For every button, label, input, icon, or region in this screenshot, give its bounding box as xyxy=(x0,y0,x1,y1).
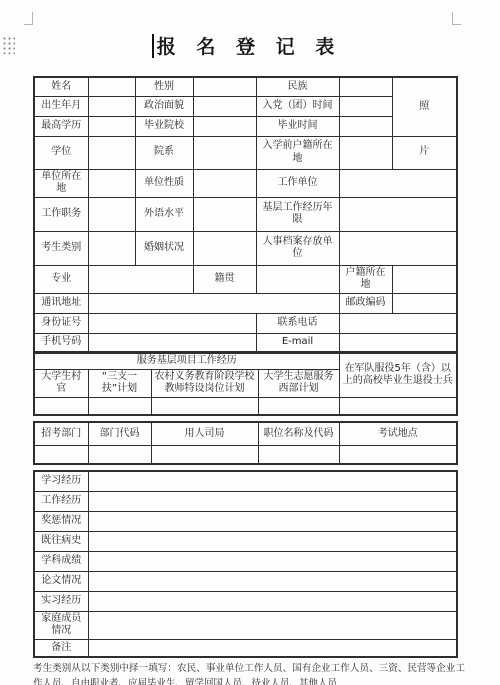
input-cell-gender[interactable] xyxy=(193,77,256,96)
input-cell-exam-location[interactable] xyxy=(339,445,457,464)
input-cell-employer-location[interactable] xyxy=(88,169,135,197)
label-job-position: 工作职务 xyxy=(34,197,88,231)
label-political-status: 政治面貌 xyxy=(135,96,193,116)
label-rural-teacher-plan: 农村义务教育阶段学校教师特设岗位计划 xyxy=(151,369,258,397)
input-cell-mailing-address[interactable] xyxy=(88,293,339,313)
input-cell-email[interactable] xyxy=(339,333,457,352)
label-exam-location: 考试地点 xyxy=(339,422,457,445)
label-graduation-time: 毕业时间 xyxy=(256,116,339,136)
label-grassroots-work-years: 基层工作经历年限 xyxy=(256,197,339,231)
label-marital-status: 婚姻状况 xyxy=(135,231,193,265)
label-mobile-number: 手机号码 xyxy=(34,333,88,352)
input-cell-recruit-department[interactable] xyxy=(34,445,88,464)
input-cell-party-join-time[interactable] xyxy=(339,96,392,116)
input-cell-id-number[interactable] xyxy=(88,313,256,333)
label-work-experience: 工作经历 xyxy=(34,491,88,511)
label-recruit-department: 招考部门 xyxy=(34,422,88,445)
label-foreign-language: 外语水平 xyxy=(135,197,193,231)
input-cell-degree[interactable] xyxy=(88,136,135,169)
input-cell-sanzhiyifu-plan[interactable] xyxy=(88,397,151,415)
label-graduate-school: 毕业院校 xyxy=(135,116,193,136)
label-department-code: 部门代码 xyxy=(88,422,151,445)
label-internship-experience: 实习经历 xyxy=(34,591,88,611)
input-cell-position-name-code[interactable] xyxy=(258,445,339,464)
photo-cell-bottom: 片 xyxy=(392,136,457,169)
label-study-experience: 学习经历 xyxy=(34,471,88,491)
label-employer-location: 单位所在地 xyxy=(34,169,88,197)
label-id-number: 身份证号 xyxy=(34,313,88,333)
page-title: 报 名 登 记 表 xyxy=(157,32,341,59)
input-cell-west-volunteer-plan[interactable] xyxy=(258,397,339,415)
label-candidate-category: 考生类别 xyxy=(34,231,88,265)
form-body: 姓名 性别 民族 照 出生年月 政治面貌 入党（团）时间 最高学历 毕业院校 xyxy=(33,76,460,685)
recruitment-table: 招考部门 部门代码 用人司局 职位名称及代码 考试地点 xyxy=(33,421,458,465)
label-email: E-mail xyxy=(256,333,339,352)
input-cell-grassroots-work-years[interactable] xyxy=(339,197,457,231)
input-cell-foreign-language[interactable] xyxy=(193,197,256,231)
label-west-volunteer-plan: 大学生志愿服务西部计划 xyxy=(258,369,339,397)
input-cell-work-experience[interactable] xyxy=(88,491,457,511)
input-cell-political-status[interactable] xyxy=(193,96,256,116)
label-remarks: 备注 xyxy=(34,639,88,657)
input-cell-candidate-category[interactable] xyxy=(88,231,135,265)
label-gender: 性别 xyxy=(135,77,193,96)
page-margin-mark-right xyxy=(452,12,461,25)
input-cell-awards-punishments[interactable] xyxy=(88,511,457,531)
input-cell-department-code[interactable] xyxy=(88,445,151,464)
input-cell-employing-bureau[interactable] xyxy=(151,445,258,464)
input-cell-work-unit[interactable] xyxy=(339,169,457,197)
input-cell-personnel-archive-unit[interactable] xyxy=(339,231,457,265)
document-page: 报 名 登 记 表 姓名 性别 民族 照 出生年月 政治面貌 xyxy=(0,0,500,685)
input-cell-job-position[interactable] xyxy=(88,197,135,231)
label-village-official: 大学生村官 xyxy=(34,369,88,397)
label-party-join-time: 入党（团）时间 xyxy=(256,96,339,116)
label-major: 专业 xyxy=(34,265,88,293)
label-position-name-code: 职位名称及代码 xyxy=(258,422,339,445)
input-cell-birth-date[interactable] xyxy=(88,96,135,116)
input-cell-medical-history[interactable] xyxy=(88,531,457,551)
label-native-place: 籍贯 xyxy=(193,265,256,293)
input-cell-remarks[interactable] xyxy=(88,639,457,657)
input-cell-family-members[interactable] xyxy=(88,611,457,639)
input-cell-thesis-status[interactable] xyxy=(88,571,457,591)
input-cell-pre-enrollment-residence[interactable] xyxy=(339,136,392,169)
input-cell-internship-experience[interactable] xyxy=(88,591,457,611)
label-birth-date: 出生年月 xyxy=(34,96,88,116)
input-cell-ethnicity[interactable] xyxy=(339,77,392,96)
input-cell-employer-type[interactable] xyxy=(193,169,256,197)
label-mailing-address: 通讯地址 xyxy=(34,293,88,313)
label-awards-punishments: 奖惩情况 xyxy=(34,511,88,531)
label-personnel-archive-unit: 人事档案存放单位 xyxy=(256,231,339,265)
input-cell-native-place[interactable] xyxy=(256,265,339,293)
veteran-note-cell: 在军队服役5年（含）以上的高校毕业生退役士兵 xyxy=(339,353,457,397)
input-cell-study-experience[interactable] xyxy=(88,471,457,491)
personal-info-table: 姓名 性别 民族 照 出生年月 政治面貌 入党（团）时间 最高学历 毕业院校 xyxy=(33,76,458,353)
input-cell-contact-phone[interactable] xyxy=(339,313,457,333)
photo-cell-top: 照 xyxy=(392,77,457,136)
label-highest-education: 最高学历 xyxy=(34,116,88,136)
input-cell-name[interactable] xyxy=(88,77,135,96)
service-section-header: 服务基层项目工作经历 xyxy=(34,353,339,369)
page-margin-mark-left xyxy=(24,12,33,25)
label-degree: 学位 xyxy=(34,136,88,169)
title-block: 报 名 登 记 表 xyxy=(33,32,460,59)
drag-handle-dots-icon xyxy=(2,36,15,54)
input-cell-postal-code[interactable] xyxy=(392,293,457,313)
label-registered-residence: 户籍所在地 xyxy=(339,265,392,293)
text-cursor xyxy=(152,34,154,58)
input-cell-village-official[interactable] xyxy=(34,397,88,415)
input-cell-highest-education[interactable] xyxy=(88,116,135,136)
label-sanzhiyifu-plan: “三支一扶”计划 xyxy=(88,369,151,397)
input-cell-subject-scores[interactable] xyxy=(88,551,457,571)
label-employing-bureau: 用人司局 xyxy=(151,422,258,445)
candidate-category-footnote: 考生类别从以下类别中择一填写：农民、事业单位工作人员、国有企业工作人员、三资、民… xyxy=(33,662,465,685)
label-medical-history: 既往病史 xyxy=(34,531,88,551)
input-cell-rural-teacher-plan[interactable] xyxy=(151,397,258,415)
label-pre-enrollment-residence: 入学前户籍所在地 xyxy=(256,136,339,169)
label-department: 院系 xyxy=(135,136,193,169)
input-cell-registered-residence[interactable] xyxy=(392,265,457,293)
label-name: 姓名 xyxy=(34,77,88,96)
input-cell-marital-status[interactable] xyxy=(193,231,256,265)
label-family-members: 家庭成员情况 xyxy=(34,611,88,639)
label-contact-phone: 联系电话 xyxy=(256,313,339,333)
label-employer-type: 单位性质 xyxy=(135,169,193,197)
input-cell-major[interactable] xyxy=(88,265,193,293)
label-postal-code: 邮政编码 xyxy=(339,293,392,313)
experience-table: 学习经历 工作经历 奖惩情况 既往病史 学科成绩 论文情况 xyxy=(33,470,458,658)
input-cell-veteran[interactable] xyxy=(339,397,457,415)
input-cell-graduate-school[interactable] xyxy=(193,116,256,136)
service-project-table: 服务基层项目工作经历 在军队服役5年（含）以上的高校毕业生退役士兵 大学生村官 … xyxy=(33,352,458,416)
input-cell-department[interactable] xyxy=(193,136,256,169)
label-subject-scores: 学科成绩 xyxy=(34,551,88,571)
label-ethnicity: 民族 xyxy=(256,77,339,96)
input-cell-graduation-time[interactable] xyxy=(339,116,392,136)
input-cell-mobile-number[interactable] xyxy=(88,333,256,352)
label-thesis-status: 论文情况 xyxy=(34,571,88,591)
label-work-unit: 工作单位 xyxy=(256,169,339,197)
